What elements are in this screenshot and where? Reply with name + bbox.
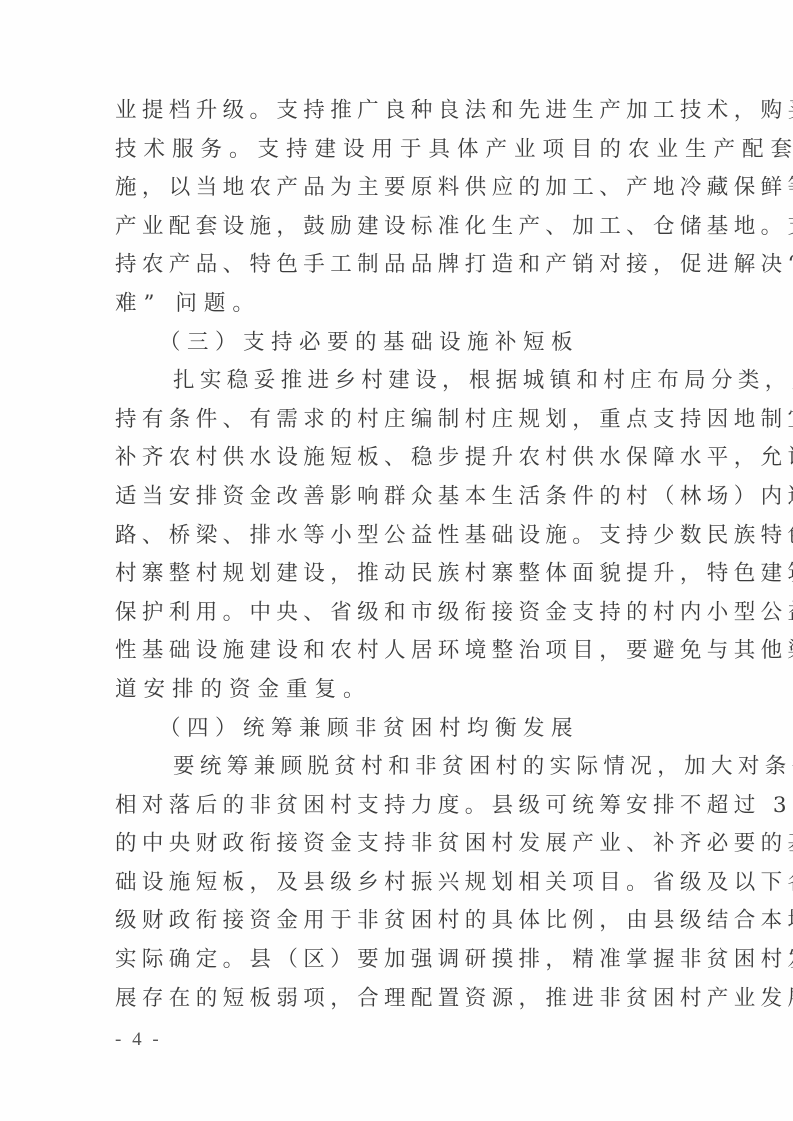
paragraph-line: 保护利用。中央、省级和市级衔接资金支持的村内小型公益: [115, 594, 675, 633]
paragraph-line: 要统筹兼顾脱贫村和非贫困村的实际情况，加大对条件: [115, 748, 675, 787]
paragraph-line: 持有条件、有需求的村庄编制村庄规划，重点支持因地制宜: [115, 401, 675, 440]
paragraph-line: 施，以当地农产品为主要原料供应的加工、产地冷藏保鲜等: [115, 169, 675, 208]
paragraph-line: 的中央财政衔接资金支持非贫困村发展产业、补齐必要的基: [115, 825, 675, 864]
document-page: 业提档升级。支持推广良种良法和先进生产加工技术，购买 技术服务。支持建设用于具体…: [0, 0, 793, 1121]
paragraph-line: 业提档升级。支持推广良种良法和先进生产加工技术，购买: [115, 92, 675, 131]
paragraph-line: 技术服务。支持建设用于具体产业项目的农业生产配套设: [115, 131, 675, 170]
paragraph-line: 展存在的短板弱项，合理配置资源，推进非贫困村产业发展: [115, 980, 675, 1019]
paragraph-line: 性基础设施建设和农村人居环境整治项目，要避免与其他渠: [115, 632, 675, 671]
paragraph-line: 补齐农村供水设施短板、稳步提升农村供水保障水平，允许: [115, 439, 675, 478]
paragraph-line: 础设施短板，及县级乡村振兴规划相关项目。省级及以下各: [115, 864, 675, 903]
page-number: - 4 -: [115, 1029, 162, 1051]
section-heading-3: （三）支持必要的基础设施补短板: [115, 324, 675, 363]
paragraph-line: 适当安排资金改善影响群众基本生活条件的村（林场）内道: [115, 478, 675, 517]
paragraph-line: 村寨整村规划建设，推动民族村寨整体面貌提升，特色建筑: [115, 555, 675, 594]
paragraph-line: 产业配套设施，鼓励建设标准化生产、加工、仓储基地。支: [115, 208, 675, 247]
paragraph-line: 持农产品、特色手工制品品牌打造和产销对接，促进解决“卖: [115, 246, 675, 285]
document-body: 业提档升级。支持推广良种良法和先进生产加工技术，购买 技术服务。支持建设用于具体…: [115, 92, 675, 1018]
paragraph-line: 路、桥梁、排水等小型公益性基础设施。支持少数民族特色: [115, 517, 675, 556]
paragraph-line: 道安排的资金重复。: [115, 671, 675, 710]
paragraph-line: 实际确定。县（区）要加强调研摸排，精准掌握非贫困村发: [115, 941, 675, 980]
paragraph-line: 相对落后的非贫困村支持力度。县级可统筹安排不超过 30%: [115, 787, 675, 826]
paragraph-line: 级财政衔接资金用于非贫困村的具体比例，由县级结合本地: [115, 902, 675, 941]
paragraph-line: 难” 问题。: [115, 285, 675, 324]
paragraph-line: 扎实稳妥推进乡村建设，根据城镇和村庄布局分类，支: [115, 362, 675, 401]
section-heading-4: （四）统筹兼顾非贫困村均衡发展: [115, 710, 675, 749]
